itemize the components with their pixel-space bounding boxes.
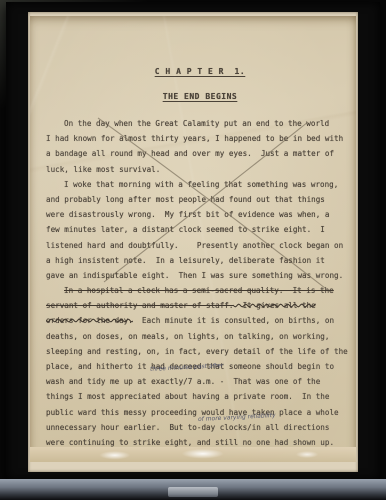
typed-line: I had known for almost thirty years, I h… bbox=[46, 131, 358, 146]
typed-line: sleeping and resting, on, in fact, every… bbox=[46, 344, 358, 359]
typed-text: I had known for almost thirty years, I h… bbox=[46, 134, 343, 143]
typed-line: On the day when the Great Calamity put a… bbox=[46, 116, 358, 131]
typed-text: Each minute it is consulted, on births, … bbox=[133, 316, 334, 325]
typed-text: things I most appreciated about having a… bbox=[46, 392, 329, 401]
framed-manuscript-photo: C H A P T E R 1. THE END BEGINS On the d… bbox=[0, 0, 386, 500]
typed-text: wash and tidy me up at exactly/7 a.m. - … bbox=[46, 377, 320, 386]
typed-text: I woke that morning with a feeling that … bbox=[64, 180, 338, 189]
chapter-heading: C H A P T E R 1. bbox=[46, 67, 354, 76]
typed-text: deaths, on doses, on meals, on lights, o… bbox=[46, 332, 329, 341]
typed-line: deaths, on doses, on meals, on lights, o… bbox=[46, 329, 358, 344]
typed-text: a high insistent note. In a leisurely, d… bbox=[46, 256, 325, 265]
struck-text: It gives all the bbox=[233, 301, 315, 310]
typed-text: and probably long after most people had … bbox=[46, 195, 325, 204]
typed-line: and probably long after most people had … bbox=[46, 192, 358, 207]
struck-text: orders for the day. bbox=[46, 316, 133, 325]
typed-text: few minutes later, a distant clock seeme… bbox=[46, 225, 325, 234]
typed-line: a high insistent note. In a leisurely, d… bbox=[46, 253, 358, 268]
page-bottom-glare bbox=[30, 447, 356, 462]
typed-line: wash and tidy me up at exactly/7 a.m. - … bbox=[46, 374, 358, 389]
section-heading-text: THE END BEGINS bbox=[163, 92, 237, 101]
typed-text: unnecessary hour earlier. But to-day clo… bbox=[46, 423, 329, 432]
typed-text: were disastrously wrong. My first bit of… bbox=[46, 210, 329, 219]
struck-text: In a hospital a clock has a semi-sacred … bbox=[64, 286, 334, 295]
typed-line: a bandage all round my head and over my … bbox=[46, 146, 358, 161]
typed-text: sleeping and resting, on, in fact, every… bbox=[46, 347, 348, 356]
picture-frame: C H A P T E R 1. THE END BEGINS On the d… bbox=[6, 2, 380, 480]
typed-text: listened hard and doubtfully. Presently … bbox=[46, 241, 343, 250]
typed-text: gave an indisputable eight. Then I was s… bbox=[46, 271, 343, 280]
typed-line: were disastrously wrong. My first bit of… bbox=[46, 207, 358, 222]
struck-text: servant of authority and master of staff… bbox=[46, 301, 233, 310]
typed-line: gave an indisputable eight. Then I was s… bbox=[46, 268, 358, 283]
typed-text-block: On the day when the Great Calamity put a… bbox=[46, 116, 358, 450]
typed-line: In a hospital a clock has a semi-sacred … bbox=[46, 283, 358, 298]
typed-line: luck, like most survival. bbox=[46, 162, 358, 177]
typed-text: public ward this messy proceeding would … bbox=[46, 408, 339, 417]
chapter-heading-text: C H A P T E R 1. bbox=[155, 67, 245, 76]
typed-line: listened hard and doubtfully. Presently … bbox=[46, 238, 358, 253]
typed-text: luck, like most survival. bbox=[46, 165, 160, 174]
typed-line: few minutes later, a distant clock seeme… bbox=[46, 222, 358, 237]
stand-base bbox=[168, 487, 218, 497]
mat-backing: C H A P T E R 1. THE END BEGINS On the d… bbox=[28, 12, 358, 472]
typed-line: things I most appreciated about having a… bbox=[46, 389, 358, 404]
typed-text: a bandage all round my head and over my … bbox=[46, 149, 334, 158]
manuscript-page: C H A P T E R 1. THE END BEGINS On the d… bbox=[30, 16, 356, 462]
typed-text: were continuing to strike eight, and sti… bbox=[46, 438, 334, 447]
typed-line: servant of authority and master of staff… bbox=[46, 298, 358, 313]
section-heading: THE END BEGINS bbox=[46, 92, 354, 101]
typed-text: On the day when the Great Calamity put a… bbox=[64, 119, 329, 128]
typed-line: I woke that morning with a feeling that … bbox=[46, 177, 358, 192]
typed-line: orders for the day. Each minute it is co… bbox=[46, 313, 358, 328]
